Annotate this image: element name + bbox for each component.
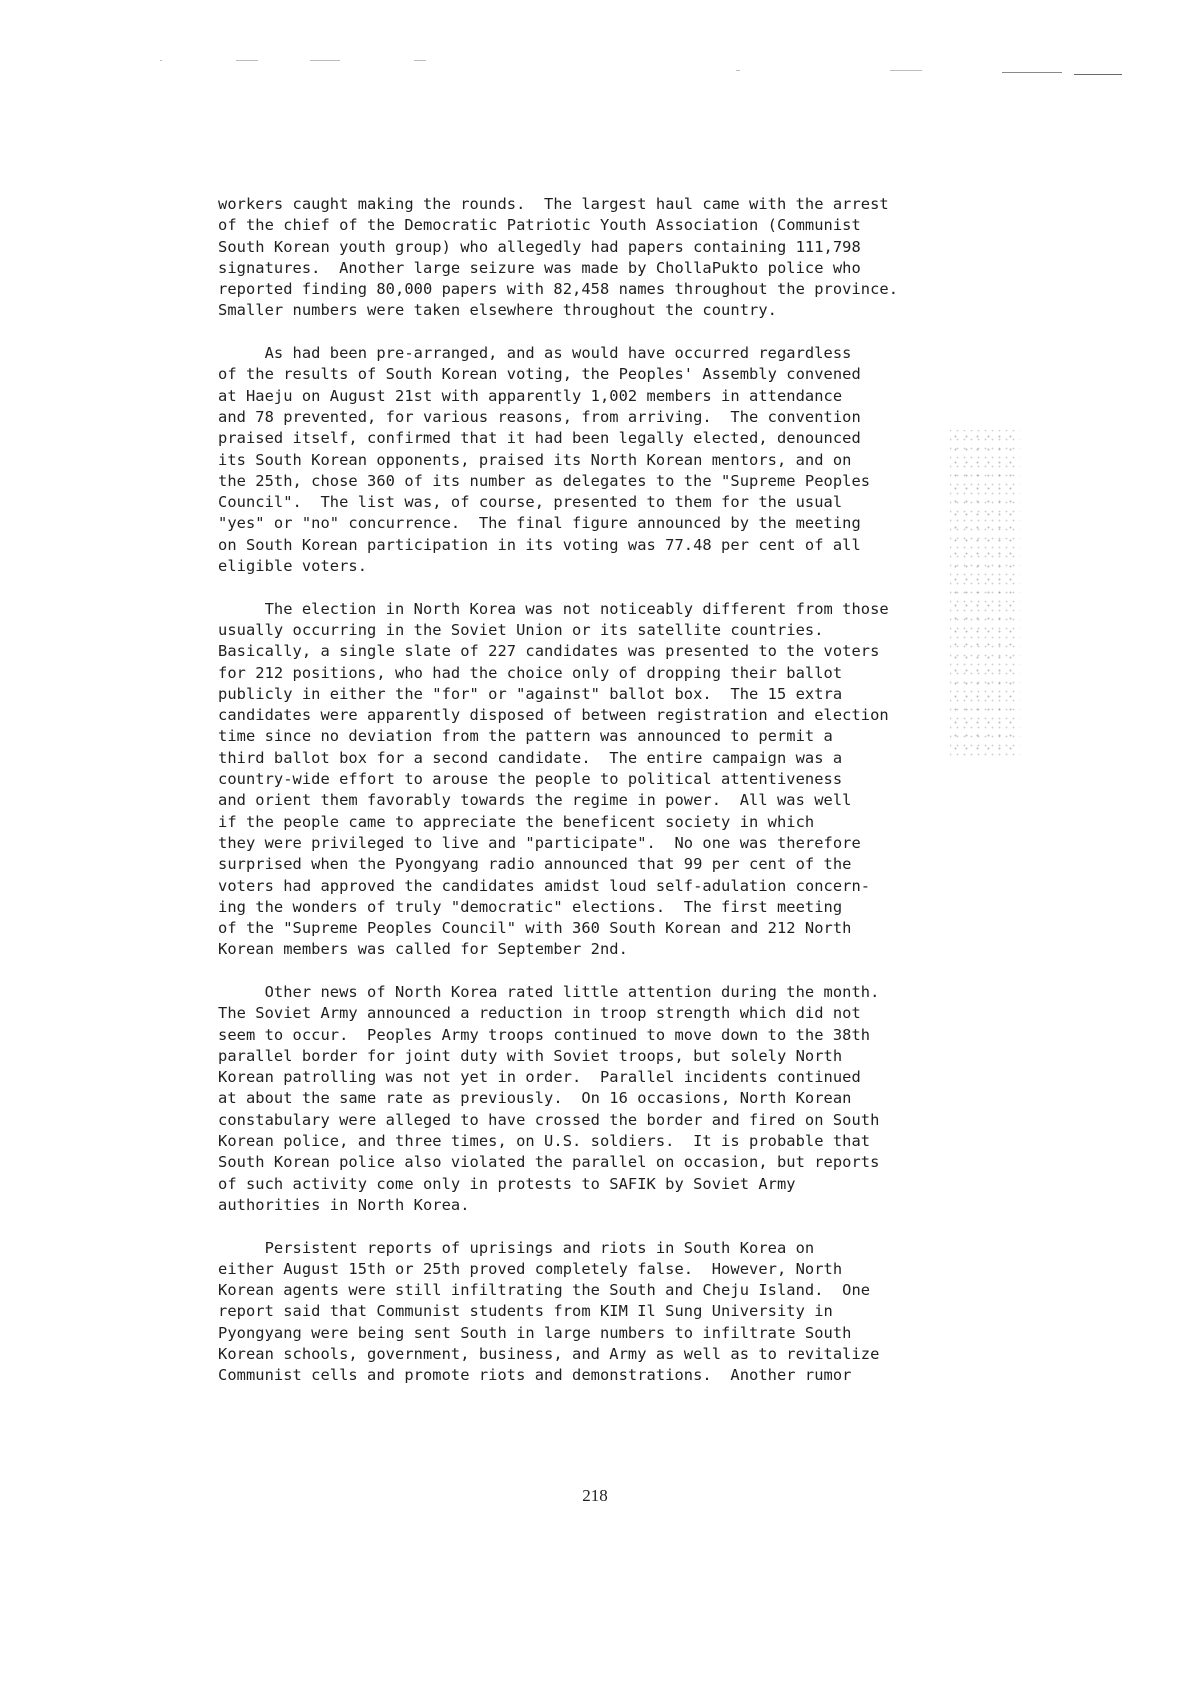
text-line: "yes" or "no" concurrence. The final fig… xyxy=(218,513,978,534)
text-line: reported finding 80,000 papers with 82,4… xyxy=(218,279,978,300)
document-body: workers caught making the rounds. The la… xyxy=(218,194,978,1408)
text-line: South Korean youth group) who allegedly … xyxy=(218,237,978,258)
text-line: they were privileged to live and "partic… xyxy=(218,833,978,854)
text-line: Council". The list was, of course, prese… xyxy=(218,492,978,513)
text-line: Pyongyang were being sent South in large… xyxy=(218,1323,978,1344)
text-line: The election in North Korea was not noti… xyxy=(218,599,978,620)
text-line: voters had approved the candidates amids… xyxy=(218,876,978,897)
text-line: surprised when the Pyongyang radio annou… xyxy=(218,854,978,875)
paragraph: workers caught making the rounds. The la… xyxy=(218,194,978,322)
text-line: and 78 prevented, for various reasons, f… xyxy=(218,407,978,428)
text-line: authorities in North Korea. xyxy=(218,1195,978,1216)
text-line: third ballot box for a second candidate.… xyxy=(218,748,978,769)
text-line: time since no deviation from the pattern… xyxy=(218,726,978,747)
paragraph: Persistent reports of uprisings and riot… xyxy=(218,1238,978,1387)
text-line: Korean patrolling was not yet in order. … xyxy=(218,1067,978,1088)
paragraph: The election in North Korea was not noti… xyxy=(218,599,978,961)
text-line: Communist cells and promote riots and de… xyxy=(218,1365,978,1386)
text-line: its South Korean opponents, praised its … xyxy=(218,450,978,471)
text-line: of the chief of the Democratic Patriotic… xyxy=(218,215,978,236)
text-line: of the "Supreme Peoples Council" with 36… xyxy=(218,918,978,939)
text-line: signatures. Another large seizure was ma… xyxy=(218,258,978,279)
text-line: Korean members was called for September … xyxy=(218,939,978,960)
text-line: Persistent reports of uprisings and riot… xyxy=(218,1238,978,1259)
text-line: and orient them favorably towards the re… xyxy=(218,790,978,811)
text-line: at Haeju on August 21st with apparently … xyxy=(218,386,978,407)
text-line: candidates were apparently disposed of b… xyxy=(218,705,978,726)
text-line: The Soviet Army announced a reduction in… xyxy=(218,1003,978,1024)
text-line: South Korean police also violated the pa… xyxy=(218,1152,978,1173)
text-line: of the results of South Korean voting, t… xyxy=(218,364,978,385)
paragraph: As had been pre-arranged, and as would h… xyxy=(218,343,978,577)
text-line: As had been pre-arranged, and as would h… xyxy=(218,343,978,364)
text-line: at about the same rate as previously. On… xyxy=(218,1088,978,1109)
text-line: country-wide effort to arouse the people… xyxy=(218,769,978,790)
document-page: workers caught making the rounds. The la… xyxy=(0,0,1190,1684)
text-line: Smaller numbers were taken elsewhere thr… xyxy=(218,300,978,321)
text-line: parallel border for joint duty with Sovi… xyxy=(218,1046,978,1067)
text-line: the 25th, chose 360 of its number as del… xyxy=(218,471,978,492)
text-line: ing the wonders of truly "democratic" el… xyxy=(218,897,978,918)
text-line: Basically, a single slate of 227 candida… xyxy=(218,641,978,662)
paragraph: Other news of North Korea rated little a… xyxy=(218,982,978,1216)
text-line: usually occurring in the Soviet Union or… xyxy=(218,620,978,641)
text-line: on South Korean participation in its vot… xyxy=(218,535,978,556)
text-line: publicly in either the "for" or "against… xyxy=(218,684,978,705)
text-line: report said that Communist students from… xyxy=(218,1301,978,1322)
text-line: seem to occur. Peoples Army troops conti… xyxy=(218,1025,978,1046)
text-line: workers caught making the rounds. The la… xyxy=(218,194,978,215)
page-number: 218 xyxy=(0,1486,1190,1506)
text-line: either August 15th or 25th proved comple… xyxy=(218,1259,978,1280)
scan-artifact-marks xyxy=(0,56,1190,76)
text-line: constabulary were alleged to have crosse… xyxy=(218,1110,978,1131)
text-line: eligible voters. xyxy=(218,556,978,577)
text-line: Korean agents were still infiltrating th… xyxy=(218,1280,978,1301)
text-line: of such activity come only in protests t… xyxy=(218,1174,978,1195)
text-line: Korean schools, government, business, an… xyxy=(218,1344,978,1365)
text-line: Korean police, and three times, on U.S. … xyxy=(218,1131,978,1152)
text-line: praised itself, confirmed that it had be… xyxy=(218,428,978,449)
text-line: Other news of North Korea rated little a… xyxy=(218,982,978,1003)
text-line: for 212 positions, who had the choice on… xyxy=(218,663,978,684)
text-line: if the people came to appreciate the ben… xyxy=(218,812,978,833)
